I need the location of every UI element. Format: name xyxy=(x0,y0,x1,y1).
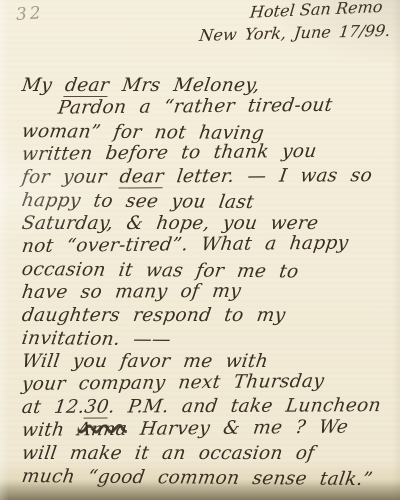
letter-line: will make it an occasion of xyxy=(20,442,391,465)
letter-line-text: invitation. —— xyxy=(20,328,172,350)
letter-line: much “good common sense talk.” xyxy=(20,465,391,491)
letter-line-text: letter. — I was so xyxy=(162,165,373,187)
letter-line: with Anna Harvey & me ? We xyxy=(21,415,393,442)
letter-line-text: written before to thank you xyxy=(21,141,318,165)
letter-line-text: with xyxy=(21,419,79,441)
letter-line-text: Pardon a “rather tired-out xyxy=(57,95,334,119)
letter-line: for your dear letter. — I was so xyxy=(20,164,391,189)
letter-line: your company next Thursday xyxy=(21,369,393,396)
letter-line-text: at 12. xyxy=(21,397,86,418)
letter-line-text: will make it an occasion of xyxy=(21,443,316,464)
letter-line: have so many of my xyxy=(20,279,391,304)
salutation-text: My xyxy=(21,75,67,96)
letter-body: My dear Mrs Meloney, Pardon a “rather ti… xyxy=(22,74,390,488)
letter-line-text: for your xyxy=(21,166,122,188)
letter-line-text: Saturday, & hope, you were xyxy=(21,213,320,234)
letter-line-text: not “over-tired”. What a happy xyxy=(21,233,350,257)
letter-line: written before to thank you xyxy=(21,139,393,166)
letter-line-text: daughters respond to my xyxy=(21,305,287,326)
letter-line: daughters respond to my xyxy=(20,304,391,327)
letterhead: Hotel San Remo New York, June 17/99. xyxy=(150,1,390,44)
letter-line: Pardon a “rather tired-out xyxy=(21,93,393,120)
letter-line-text: Harvey & me ? We xyxy=(126,417,350,440)
letter-line-text: much “good common sense talk.” xyxy=(20,466,374,490)
letter-line-text: Will you favor me with xyxy=(21,351,270,372)
salutation-text: Mrs Meloney, xyxy=(108,75,262,96)
scribbled-out-word: Anna xyxy=(76,419,128,441)
letter-line-text: happy to see you last xyxy=(20,190,255,213)
underlined-word-dear: dear xyxy=(64,75,111,97)
underlined-word-dear: dear xyxy=(118,166,165,188)
letter-page: 32 Hotel San Remo New York, June 17/99. … xyxy=(0,0,400,500)
letter-line: not “over-tired”. What a happy xyxy=(21,231,393,258)
letter-line-text: have so many of my xyxy=(21,281,243,303)
underlined-number-30: 30 xyxy=(83,397,110,419)
letter-line-text: your company next Thursday xyxy=(21,371,326,395)
archive-number: 32 xyxy=(15,3,44,25)
letter-line-text: . P.M. and take Luncheon xyxy=(107,395,382,417)
